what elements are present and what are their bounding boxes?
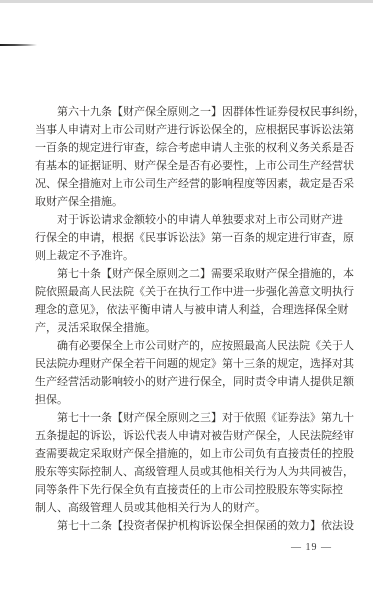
text-line: 同等条件下先行保全负有直接责任的上市公司控股股东等实际控: [35, 481, 355, 499]
text-line: 院依照最高人民法院《关于在执行工作中进一步强化善意文明执行: [35, 283, 355, 301]
text-line: 第七十条【财产保全原则之二】需要采取财产保全措施的，本: [35, 265, 355, 283]
text-line: 股东等实际控制人、高级管理人员或其他相关行为人为共同被告，: [35, 463, 355, 481]
document-text: 第六十九条【财产保全原则之一】因群体性证券侵权民事纠纷，当事人申请对上市公司财产…: [35, 103, 355, 555]
text-lines: 第六十九条【财产保全原则之一】因群体性证券侵权民事纠纷，当事人申请对上市公司财产…: [35, 103, 355, 535]
text-line: 况、保全措施对上市公司生产经营的影响程度等因素，裁定是否采: [35, 175, 355, 193]
text-line: 一百条的规定进行审查，综合考虑申请人主张的权利义务关系是否: [35, 139, 355, 157]
text-line: 有基本的证据证明、财产保全是否有必要性，上市公司生产经营状: [35, 157, 355, 175]
text-line: 第六十九条【财产保全原则之一】因群体性证券侵权民事纠纷，: [35, 103, 355, 121]
text-line: 制人、高级管理人员或其他相关行为人的财产。: [35, 499, 355, 517]
text-line: 则上裁定不予准许。: [35, 247, 355, 265]
text-line: 五条提起的诉讼，诉讼代表人申请对被告财产保全，人民法院经审: [35, 427, 355, 445]
text-line: 民法院办理财产保全若干问题的规定》第十三条的规定，选择对其: [35, 355, 355, 373]
scan-artifact-line: [0, 44, 37, 46]
text-line: 第七十一条【财产保全原则之三】对于依照《证券法》第九十: [35, 409, 355, 427]
text-line: 行保全的申请，根据《民事诉讼法》第一百条的规定进行审查，原: [35, 229, 355, 247]
text-line: 担保。: [35, 391, 355, 409]
scanner-edge-strip: [0, 0, 373, 3]
text-line: 产，灵活采取保全措施。: [35, 319, 355, 337]
text-line: 当事人申请对上市公司财产进行诉讼保全的，应根据民事诉讼法第: [35, 121, 355, 139]
text-line: 确有必要保全上市公司财产的，应按照最高人民法院《关于人: [35, 337, 355, 355]
text-line: 生产经营活动影响较小的财产进行保全，同时责令申请人提供足额: [35, 373, 355, 391]
text-line: 对于诉讼请求金额较小的申请人单独要求对上市公司财产进: [35, 211, 355, 229]
text-line: 取财产保全措施。: [35, 193, 355, 211]
text-line: 查需要裁定采取财产保全措施的，如上市公司负有直接责任的控股: [35, 445, 355, 463]
document-page: 第六十九条【财产保全原则之一】因群体性证券侵权民事纠纷，当事人申请对上市公司财产…: [0, 0, 373, 598]
text-line: 理念的意见》，依法平衡申请人与被申请人利益，合理选择保全财: [35, 301, 355, 319]
text-line: 第七十二条【投资者保护机构诉讼保全担保函的效力】依法设: [35, 517, 355, 535]
page-number: — 19 —: [35, 541, 355, 555]
